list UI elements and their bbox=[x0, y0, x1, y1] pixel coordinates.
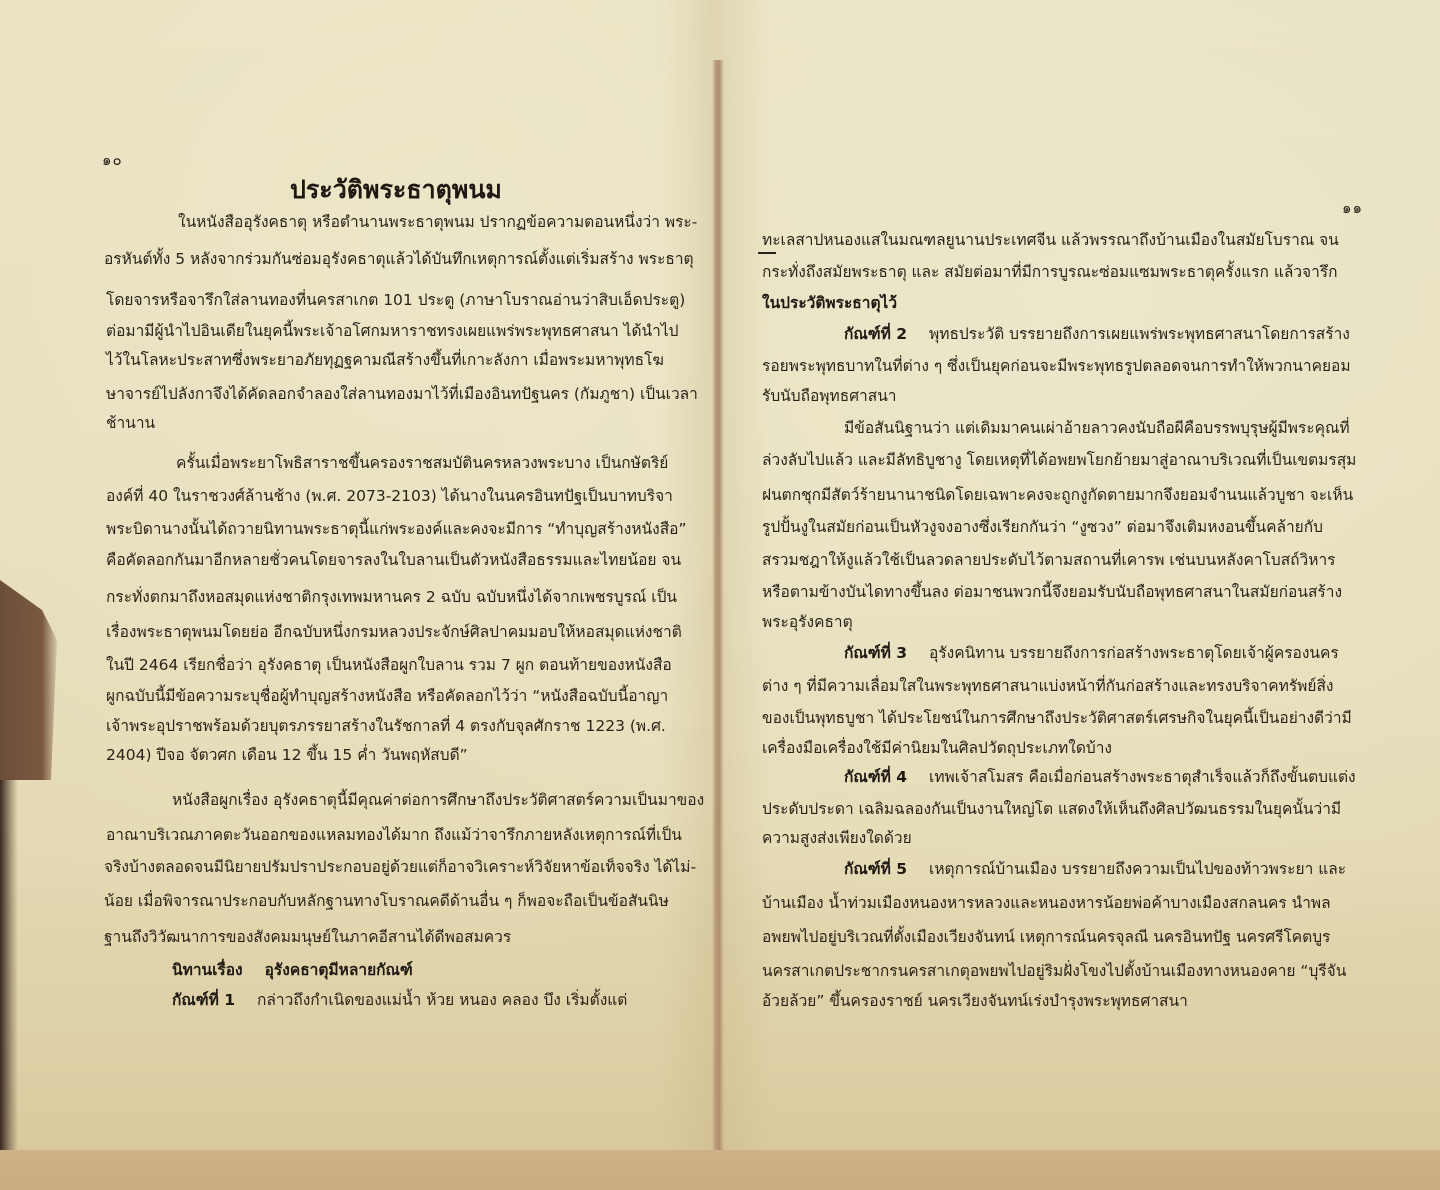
episode-2: กัณฑ์ที่ 2พุทธประวัติ บรรยายถึงการเผยแพร… bbox=[844, 324, 1350, 344]
page-title: ประวัติพระธาตุพนม bbox=[290, 170, 502, 210]
episode-text: เทพเจ้าสโมสร คือเมื่อก่อนสร้างพระธาตุสำเ… bbox=[929, 768, 1356, 786]
text-line: อ้วยล้วย” ขึ้นครองราชย์ นครเวียงจันทน์เร… bbox=[762, 991, 1188, 1011]
text-line: ในปี 2464 เรียกชื่อว่า อุรังคธาตุ เป็นหน… bbox=[106, 655, 672, 675]
subheading: นิทานเรื่องอุรังคธาตุมีหลายกัณฑ์ bbox=[172, 960, 413, 980]
text-line: สรวมชฎาให้งูแล้วใช้เป็นลวดลายประดับไว้ตา… bbox=[762, 550, 1336, 570]
text-line: ผูกฉบับนี้มีข้อความระบุชื่อผู้ทำบุญสร้าง… bbox=[106, 686, 668, 706]
text-line: จริงบ้างตลอดจนมีนิยายปรัมปราประกอบอยู่ด้… bbox=[104, 857, 696, 877]
left-edge-shadow bbox=[0, 780, 18, 1150]
text-line: หนังสือผูกเรื่อง อุรังคธาตุนี้มีคุณค่าต่… bbox=[172, 790, 704, 810]
book-spine-gutter bbox=[712, 60, 724, 1160]
page-number: ๑๑ bbox=[1342, 196, 1363, 220]
text-line: กระทั่งตกมาถึงหอสมุดแห่งชาติกรุงเทพมหานค… bbox=[106, 587, 677, 607]
text-line: พระบิดานางนั้นได้ถวายนิทานพระธาตุนี้แก่พ… bbox=[106, 519, 687, 539]
text-line: ต่าง ๆ ที่มีความเลื่อมใสในพระพุทธศาสนาแบ… bbox=[762, 676, 1334, 696]
episode-label: กัณฑ์ที่ 1 bbox=[172, 991, 235, 1009]
text-line: ความสูงส่งเพียงใดด้วย bbox=[762, 828, 912, 848]
text-line: โดยจารหรือจารึกใส่ลานทองที่นครสาเกต 101 … bbox=[106, 290, 685, 310]
episode-text: กล่าวถึงกำเนิดของแม่น้ำ ห้วย หนอง คลอง บ… bbox=[257, 991, 627, 1009]
text-line: อพยพไปอยู่บริเวณที่ตั้งเมืองเวียงจันทน์ … bbox=[762, 927, 1330, 947]
text-line: คือคัดลอกกันมาอีกหลายชั่วคนโดยจารลงในใบล… bbox=[106, 550, 681, 570]
episode-label: กัณฑ์ที่ 4 bbox=[844, 768, 907, 786]
text-line: กระทั่งถึงสมัยพระธาตุ และ สมัยต่อมาที่มี… bbox=[762, 262, 1338, 282]
text-line: เครื่องมือเครื่องใช้มีค่านิยมในศิลปวัตถุ… bbox=[762, 738, 1112, 758]
episode-text: อุรังคนิทาน บรรยายถึงการก่อสร้างพระธาตุโ… bbox=[929, 644, 1339, 662]
ink-mark bbox=[758, 252, 776, 254]
text-line: ฐานถึงวิวัฒนาการของสังคมมนุษย์ในภาคอีสาน… bbox=[104, 927, 511, 947]
text-line: น้อย เมื่อพิจารณาประกอบกับหลักฐานทางโบรา… bbox=[104, 891, 669, 911]
episode-4: กัณฑ์ที่ 4เทพเจ้าสโมสร คือเมื่อก่อนสร้าง… bbox=[844, 767, 1356, 787]
text-line: อาณาบริเวณภาคตะวันออกของแหลมทองได้มาก ถึ… bbox=[106, 825, 682, 845]
text-line: ช้านาน bbox=[106, 413, 155, 433]
text-line: ของเป็นพุทธบูชา ได้ประโยชน์ในการศึกษาถึง… bbox=[762, 708, 1352, 728]
text-line: ฝนตกชุกมีสัตว์ร้ายนานาชนิดโดยเฉพาะคงจะถู… bbox=[762, 485, 1353, 505]
episode-text: เหตุการณ์บ้านเมือง บรรยายถึงความเป็นไปขอ… bbox=[929, 860, 1346, 878]
episode-label: กัณฑ์ที่ 2 bbox=[844, 325, 907, 343]
episode-1: กัณฑ์ที่ 1กล่าวถึงกำเนิดของแม่น้ำ ห้วย ห… bbox=[172, 990, 627, 1010]
episode-3: กัณฑ์ที่ 3อุรังคนิทาน บรรยายถึงการก่อสร้… bbox=[844, 643, 1339, 663]
text-line: บ้านเมือง น้ำท่วมเมืองหนองหารหลวงและหนอง… bbox=[762, 893, 1331, 913]
text-line: หรือตามข้างบันไดทางขึ้นลง ต่อมาชนพวกนี้จ… bbox=[762, 582, 1342, 602]
text-line: ษาจารย์ไปลังกาจึงได้คัดลอกจำลองใส่ลานทอง… bbox=[106, 384, 698, 404]
text-line: มีข้อสันนิฐานว่า แต่เดิมมาคนเผ่าอ้ายลาวค… bbox=[844, 418, 1350, 438]
episode-label: กัณฑ์ที่ 5 bbox=[844, 860, 907, 878]
episode-5: กัณฑ์ที่ 5เหตุการณ์บ้านเมือง บรรยายถึงคว… bbox=[844, 859, 1346, 879]
text-line: อรหันต์ทั้ง 5 หลังจากร่วมกันซ่อมอุรังคธา… bbox=[104, 249, 694, 269]
text-line: ล่วงลับไปแล้ว และมีลัทธิบูชางู โดยเหตุที… bbox=[762, 450, 1356, 470]
text-line: พระอุรังคธาตุ bbox=[762, 612, 853, 632]
text-line: ในหนังสืออุรังคธาตุ หรือตำนานพระธาตุพนม … bbox=[178, 212, 697, 232]
text-line: ประดับประดา เฉลิมฉลองกันเป็นงานใหญ่โต แส… bbox=[762, 799, 1341, 819]
text-line: ในประวัติพระธาตุไว้ bbox=[762, 293, 897, 313]
text-line: รับนับถือพุทธศาสนา bbox=[762, 386, 897, 406]
subheading-text: อุรังคธาตุมีหลายกัณฑ์ bbox=[265, 961, 413, 979]
text-line: องค์ที่ 40 ในราชวงศ์ล้านช้าง (พ.ศ. 2073-… bbox=[106, 486, 673, 506]
text-line: 2404) ปีจอ จัตวศก เดือน 12 ขึ้น 15 ค่ำ ว… bbox=[106, 745, 468, 765]
text-line: ครั้นเมื่อพระยาโพธิสาราชขึ้นครองราชสมบัต… bbox=[176, 453, 668, 473]
text-line: รอยพระพุทธบาทในที่ต่าง ๆ ซึ่งเป็นยุคก่อน… bbox=[762, 356, 1351, 376]
text-line: เรื่องพระธาตุพนมโดยย่อ อีกฉบับหนึ่งกรมหล… bbox=[106, 622, 682, 642]
episode-text: พุทธประวัติ บรรยายถึงการเผยแพร่พระพุทธศา… bbox=[929, 325, 1350, 343]
text-line: นครสาเกตประชากรนครสาเกตุอพยพไปอยู่ริมฝั่… bbox=[762, 961, 1346, 981]
text-line: ต่อมามีผู้นำไปอินเดียในยุคนี้พระเจ้าอโศก… bbox=[106, 321, 678, 341]
page-number: ๑๐ bbox=[102, 148, 123, 172]
subheading-label: นิทานเรื่อง bbox=[172, 961, 243, 979]
episode-label: กัณฑ์ที่ 3 bbox=[844, 644, 907, 662]
text-line: รูปปั้นงูในสมัยก่อนเป็นหัวงูจงอางซึ่งเรี… bbox=[762, 517, 1323, 537]
text-line: ไว้ในโลหะประสาทซึ่งพระยาอภัยทุฏฐคามณีสร้… bbox=[106, 350, 664, 370]
text-line: เจ้าพระอุปราชพร้อมด้วยบุตรภรรยาสร้างในรั… bbox=[106, 716, 666, 736]
text-line: ทะเลสาปหนองแสในมณฑลยูนานประเทศจีน แล้วพร… bbox=[762, 230, 1339, 250]
bottom-page-edge bbox=[0, 1150, 1440, 1190]
